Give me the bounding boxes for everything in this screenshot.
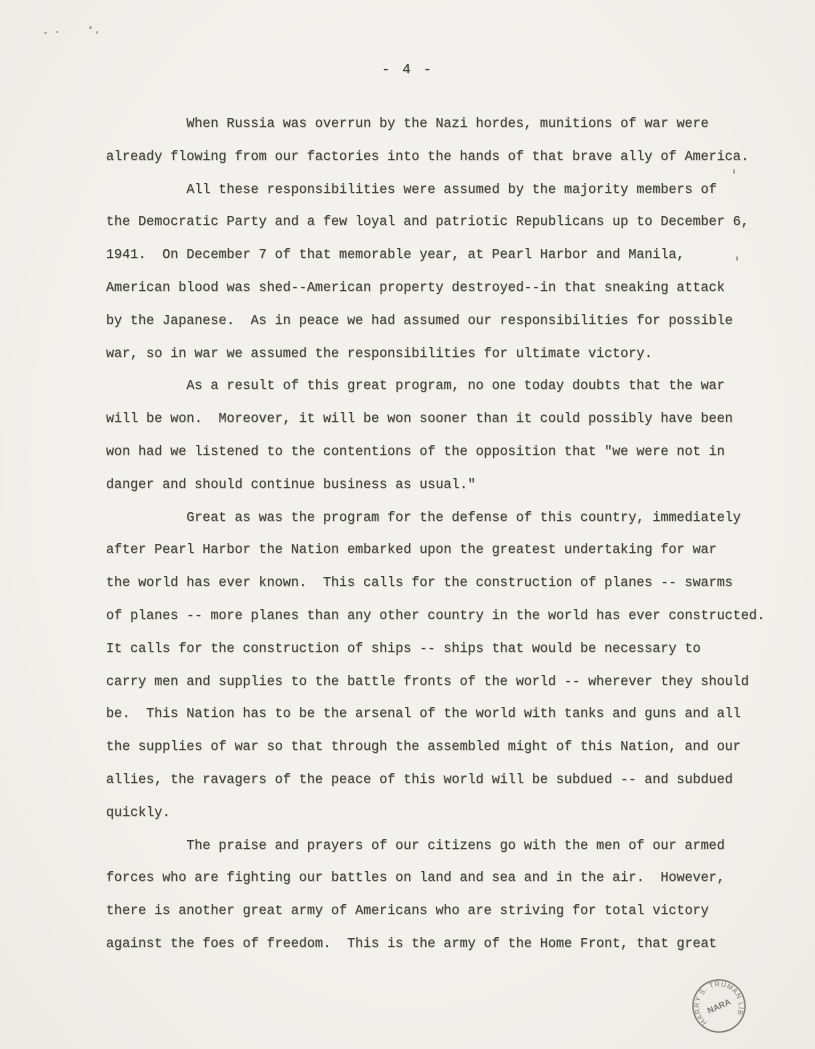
stamp-ring-text: HARRY S. TRUMAN LIBRARY bbox=[669, 956, 747, 1031]
paper-speck bbox=[733, 169, 735, 174]
svg-text:HARRY S. TRUMAN LIBRARY: HARRY S. TRUMAN LIBRARY bbox=[669, 956, 747, 1031]
stamp-center-text: NARA bbox=[706, 996, 733, 1015]
document-page: - 4 - When Russia was overrun by the Naz… bbox=[0, 0, 815, 1049]
paper-speck bbox=[44, 32, 47, 34]
document-body-text: When Russia was overrun by the Nazi hord… bbox=[106, 109, 765, 962]
paper-speck bbox=[89, 26, 92, 29]
page-number: - 4 - bbox=[0, 62, 815, 78]
stamp-graphic: HARRY S. TRUMAN LIBRARY NARA bbox=[669, 956, 768, 1049]
paper-speck bbox=[56, 31, 58, 33]
archive-stamp: HARRY S. TRUMAN LIBRARY NARA bbox=[669, 956, 768, 1049]
paper-speck bbox=[736, 256, 738, 261]
paper-speck bbox=[96, 31, 98, 34]
